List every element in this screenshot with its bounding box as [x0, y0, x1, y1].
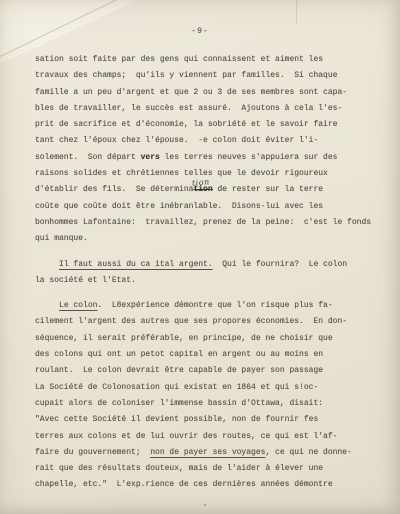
text-segment: rait que des résultats douteux, mais de …: [35, 464, 323, 473]
text-segment: cilement l'argent des autres que ses pro…: [35, 317, 347, 326]
text-line: la société et l'Etat.: [35, 273, 383, 289]
text-line: terres aux colons et de lui ouvrir des r…: [35, 429, 383, 445]
paragraphs-container: sation soit faite par des gens qui conna…: [35, 52, 383, 494]
text-line: tant chez l'époux chez l'épouse. -e colo…: [35, 133, 383, 149]
text-segment: bonhommes Lafontaine: travaillez, prenez…: [35, 218, 371, 227]
text-segment: de rester sur la terre: [213, 185, 323, 194]
text-line: Le colon. L8expérience démontre que l'on…: [35, 298, 383, 314]
text-segment: travaux des champs; qu'ils y viennent pa…: [35, 71, 337, 80]
text-line: rait que des résultats douteux, mais de …: [35, 461, 383, 477]
text-segment: coûte que coûte doit être inébranlable. …: [35, 202, 323, 211]
text-segment: la société et l'Etat.: [35, 276, 136, 285]
underlined-text: Il faut aussi du ca ital argent.: [59, 260, 213, 269]
top-crease: [296, 0, 297, 24]
text-segment: roulant. Le colon devrait être capable d…: [35, 366, 323, 375]
underlined-text: Le colon: [59, 301, 97, 310]
text-block: -9- sation soit faite par des gens qui c…: [35, 24, 383, 494]
text-line: bles de travailler, le succès est assuré…: [35, 101, 383, 117]
text-segment: cupait alors de coloniser l'immense bass…: [35, 399, 323, 408]
text-line: sation soit faite par des gens qui conna…: [35, 52, 383, 68]
text-segment: des colons qui ont un petot capital en a…: [35, 350, 323, 359]
paper-speck: [204, 504, 206, 506]
text-segment: prit de sacrifice et d'économie, la sobr…: [35, 120, 337, 129]
text-segment: La Société de Colonosation qui existat e…: [35, 383, 318, 392]
text-line: La Société de Colonosation qui existat e…: [35, 380, 383, 396]
text-segment: , ce qui ne donne-: [265, 448, 351, 457]
underlined-text: non de payer ses voyages: [150, 448, 265, 457]
text-segment: famille a un peu d'argent et que 2 ou 3 …: [35, 88, 347, 97]
text-line: qui manque.: [35, 231, 383, 247]
text-line: solement. Son départ vers les terres neu…: [35, 150, 383, 166]
text-segment: raisons solides et chrétiennes telles qu…: [35, 169, 328, 178]
text-line: prit de sacrifice et d'économie, la sobr…: [35, 117, 383, 133]
text-segment: "Avec cette Société il devient possible,…: [35, 415, 318, 424]
text-line: Il faut aussi du ca ital argent. Qui le …: [35, 257, 383, 273]
paragraph: Le colon. L8expérience démontre que l'on…: [35, 298, 383, 494]
text-segment: sation soit faite par des gens qui conna…: [35, 55, 323, 64]
handwritten-note: tion: [192, 175, 211, 193]
text-segment: d'établir des fils. Se détermina: [35, 185, 193, 194]
text-line: famille a un peu d'argent et que 2 ou 3 …: [35, 85, 383, 101]
text-line: travaux des champs; qu'ils y viennent pa…: [35, 68, 383, 84]
text-segment: terres aux colons et de lui ouvrir des r…: [35, 432, 337, 441]
text-segment: les terres neuves s'appuiera sur des: [160, 153, 338, 162]
text-line: d'établir des fils. Se déterminationtion…: [35, 182, 383, 198]
paragraph: sation soit faite par des gens qui conna…: [35, 52, 383, 248]
text-line: cilement l'argent des autres que ses pro…: [35, 314, 383, 330]
text-segment: [35, 301, 59, 310]
overstruck-text: vers: [141, 153, 160, 162]
text-segment: tant chez l'époux chez l'épouse. -e colo…: [35, 136, 318, 145]
text-segment: . L8expérience démontre que l'on risque …: [97, 301, 332, 310]
text-segment: Qui le fournira? Le colon: [213, 260, 347, 269]
text-line: bonhommes Lafontaine: travaillez, prenez…: [35, 215, 383, 231]
text-segment: faire du gouvernement;: [35, 448, 150, 457]
text-line: des colons qui ont un petot capital en a…: [35, 347, 383, 363]
text-segment: solement. Son départ: [35, 153, 141, 162]
text-segment: séquence, il serait préférable, en princ…: [35, 334, 333, 343]
text-segment: chapelle, etc." L'exp.rience de ces dern…: [35, 480, 333, 489]
paragraph: Il faut aussi du ca ital argent. Qui le …: [35, 257, 383, 290]
text-segment: [35, 260, 59, 269]
document-page: -9- sation soit faite par des gens qui c…: [0, 0, 400, 514]
text-line: cupait alors de coloniser l'immense bass…: [35, 396, 383, 412]
text-line: coûte que coûte doit être inébranlable. …: [35, 199, 383, 215]
text-segment: bles de travailler, le succès est assuré…: [35, 104, 342, 113]
struck-out-text: tiontion: [193, 185, 212, 194]
page-number: -9-: [35, 24, 365, 40]
text-line: faire du gouvernement; non de payer ses …: [35, 445, 383, 461]
text-line: roulant. Le colon devrait être capable d…: [35, 363, 383, 379]
text-line: chapelle, etc." L'exp.rience de ces dern…: [35, 477, 383, 493]
text-segment: qui manque.: [35, 234, 88, 243]
text-line: "Avec cette Société il devient possible,…: [35, 412, 383, 428]
text-line: séquence, il serait préférable, en princ…: [35, 331, 383, 347]
